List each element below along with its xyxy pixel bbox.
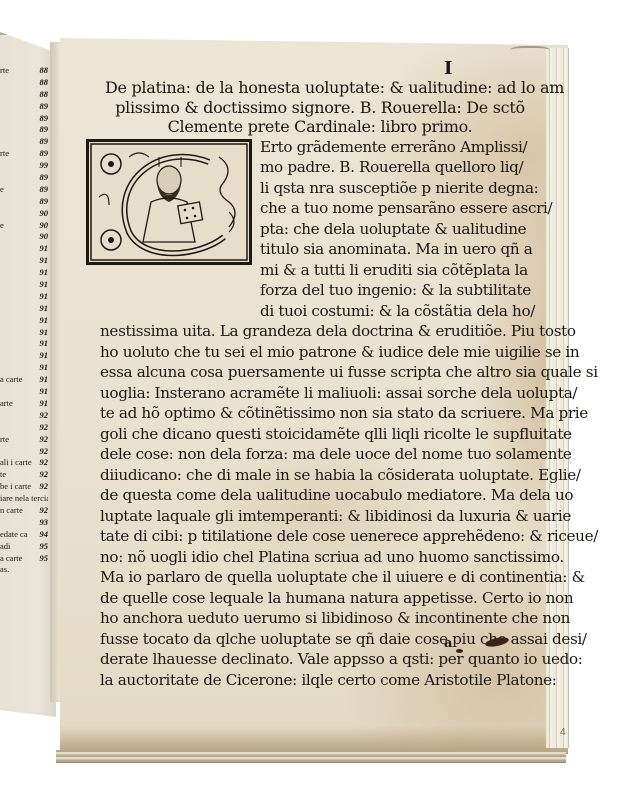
index-row: 88	[0, 77, 48, 89]
index-page-number: 91	[34, 398, 48, 410]
text-line: de quelle cose lequale la humana natura …	[100, 588, 540, 609]
index-page-number: 91	[34, 279, 48, 291]
left-page-index-column: rte88888889898989rte899989e898990e909091…	[0, 65, 48, 576]
index-row: 91	[0, 386, 48, 398]
index-row: 92	[0, 410, 48, 422]
index-page-number: 92	[34, 481, 48, 493]
index-row: 91	[0, 279, 48, 291]
index-page-number: 92	[34, 434, 48, 446]
index-page-number: 92	[34, 446, 48, 458]
index-page-number: 91	[34, 350, 48, 362]
index-page-number: 91	[34, 327, 48, 339]
index-page-number: 91	[34, 315, 48, 327]
index-row: 93	[0, 517, 48, 529]
index-entry-text: rte	[0, 148, 9, 160]
index-page-number: 93	[34, 517, 48, 529]
index-page-number: 90	[34, 220, 48, 232]
text-line: ho uoluto che tu sei el mio patrone & iu…	[100, 342, 540, 363]
index-entry-text: edate ca	[0, 529, 28, 541]
index-page-number: 92	[34, 422, 48, 434]
index-row: 91	[0, 362, 48, 374]
index-page-number: 91	[34, 291, 48, 303]
index-page-number: 88	[34, 89, 48, 101]
index-row: a carte95	[0, 553, 48, 565]
index-row: ali i carte92	[0, 457, 48, 469]
index-row: 91	[0, 350, 48, 362]
index-entry-text: ali i carte	[0, 457, 32, 469]
index-row: n carte92	[0, 505, 48, 517]
index-page-number	[34, 564, 48, 576]
index-row: 89	[0, 124, 48, 136]
index-row: 91	[0, 303, 48, 315]
index-entry-text: adi	[0, 541, 10, 553]
index-entry-text: te	[0, 469, 6, 481]
index-entry-text: arte	[0, 398, 13, 410]
text-line: nestissima uita. La grandeza dela doctri…	[100, 321, 540, 342]
index-entry-text: as.	[0, 564, 9, 576]
index-page-number: 89	[34, 172, 48, 184]
index-row: be i carte92	[0, 481, 48, 493]
index-page-number: 91	[34, 386, 48, 398]
index-page-number: 92	[34, 457, 48, 469]
page-bottom-edge	[56, 750, 566, 763]
index-row: 91	[0, 243, 48, 255]
index-page-number: 95	[34, 553, 48, 565]
index-row: e89	[0, 184, 48, 196]
index-row: 90	[0, 208, 48, 220]
index-page-number: 89	[34, 136, 48, 148]
text-line: di tuoi costumi: & la cõstãtia dela ho/	[100, 301, 540, 322]
woodcut-scholar-icon	[89, 142, 249, 262]
pencil-mark: 4	[560, 727, 566, 738]
index-entry-text: a carte	[0, 374, 22, 386]
text-line: te ad hõ optimo & cõtinẽtissimo non sia …	[100, 403, 540, 424]
index-page-number: 91	[34, 303, 48, 315]
index-page-number: 89	[34, 148, 48, 160]
index-row: arte91	[0, 398, 48, 410]
text-line: la auctoritate de Cicerone: ilqle certo …	[100, 670, 540, 691]
index-page-number: 88	[34, 65, 48, 77]
index-page-number: 91	[34, 267, 48, 279]
index-row: rte89	[0, 148, 48, 160]
index-row: e90	[0, 220, 48, 232]
index-page-number: 92	[34, 410, 48, 422]
index-page-number: 99	[34, 160, 48, 172]
index-page-number: 89	[34, 184, 48, 196]
index-row: iare nela tercia	[0, 493, 48, 505]
text-line: dele cose: non dela forza: ma dele uoce …	[100, 444, 540, 465]
ink-stain	[456, 649, 463, 653]
text-line: diiudicano: che di male in se habia la c…	[100, 465, 540, 486]
index-row: 91	[0, 338, 48, 350]
index-row: edate ca94	[0, 529, 48, 541]
text-line: no: nõ uogli idio chel Platina scriua ad…	[100, 547, 540, 568]
index-row: 91	[0, 315, 48, 327]
index-row: 89	[0, 196, 48, 208]
index-row: 89	[0, 101, 48, 113]
text-line: essa alcuna cosa puersamente ui fusse sc…	[100, 362, 540, 383]
text-line: Ma io parlaro de quella uoluptate che il…	[100, 567, 540, 588]
title-line: De platina: de la honesta uoluptate: & u…	[105, 78, 540, 98]
index-row: 89	[0, 172, 48, 184]
index-entry-text: e	[0, 184, 4, 196]
index-entry-text: be i carte	[0, 481, 31, 493]
text-line: luptate laquale gli imtemperanti: & libi…	[100, 506, 540, 527]
index-row: 91	[0, 327, 48, 339]
text-line: ho anchora ueduto uerumo si libidinoso &…	[100, 608, 540, 629]
index-page-number: 88	[34, 77, 48, 89]
text-line: fusse tocato da qlche uoluptate se qñ da…	[100, 629, 540, 650]
body-paragraph: nestissima uita. La grandeza dela doctri…	[100, 321, 540, 690]
index-row: 99	[0, 160, 48, 172]
index-entry-text: rte	[0, 434, 9, 446]
index-entry-text: rte	[0, 65, 9, 77]
index-row: as.	[0, 564, 48, 576]
index-page-number: 89	[34, 124, 48, 136]
signature-mark: a	[444, 636, 452, 651]
index-page-number: 91	[34, 243, 48, 255]
index-row: 88	[0, 89, 48, 101]
index-row: rte92	[0, 434, 48, 446]
index-page-number: 89	[34, 113, 48, 125]
index-row: 91	[0, 267, 48, 279]
woodcut-initial-c	[86, 139, 252, 265]
paper-tear	[510, 46, 550, 56]
index-row: 89	[0, 136, 48, 148]
index-page-number: 94	[34, 529, 48, 541]
index-page-number: 90	[34, 208, 48, 220]
index-row: 91	[0, 291, 48, 303]
index-page-number: 91	[34, 255, 48, 267]
index-page-number: 91	[34, 362, 48, 374]
index-page-number: 95	[34, 541, 48, 553]
index-row: 89	[0, 113, 48, 125]
title-line: plissimo & doctissimo signore. B. Rouere…	[100, 98, 540, 118]
title-line: Clemente prete Cardinale: libro primo.	[100, 117, 540, 137]
index-page-number: 89	[34, 196, 48, 208]
index-page-number: 92	[34, 505, 48, 517]
text-line: de questa come dela ualitudine uocabulo …	[100, 485, 540, 506]
index-row: 91	[0, 255, 48, 267]
index-row: 92	[0, 422, 48, 434]
index-entry-text: a carte	[0, 553, 22, 565]
index-entry-text: e	[0, 220, 4, 232]
index-row: 90	[0, 231, 48, 243]
index-page-number: 90	[34, 231, 48, 243]
text-line: uoglia: Insterano acramẽte li maliuoli: …	[100, 383, 540, 404]
text-line: tate di cibi: p titilatione dele cose ue…	[100, 526, 540, 547]
index-page-number: 92	[34, 469, 48, 481]
index-entry-text: iare nela tercia	[0, 493, 48, 505]
folio-number: I	[444, 58, 452, 79]
index-page-number: 89	[34, 101, 48, 113]
index-entry-text: n carte	[0, 505, 23, 517]
text-line: derate lhauesse declinato. Vale appsso a…	[100, 649, 540, 670]
index-page-number: 91	[34, 338, 48, 350]
text-line: forza del tuo ingenio: & la subtilitate	[100, 280, 540, 301]
index-row: te92	[0, 469, 48, 481]
index-page-number: 91	[34, 374, 48, 386]
index-row: adi95	[0, 541, 48, 553]
index-row: 92	[0, 446, 48, 458]
left-page: rte88888889898989rte899989e898990e909091…	[0, 32, 56, 717]
index-row: rte88	[0, 65, 48, 77]
text-line: goli che dicano questi stoicidamẽte qlli…	[100, 424, 540, 445]
index-row: a carte91	[0, 374, 48, 386]
